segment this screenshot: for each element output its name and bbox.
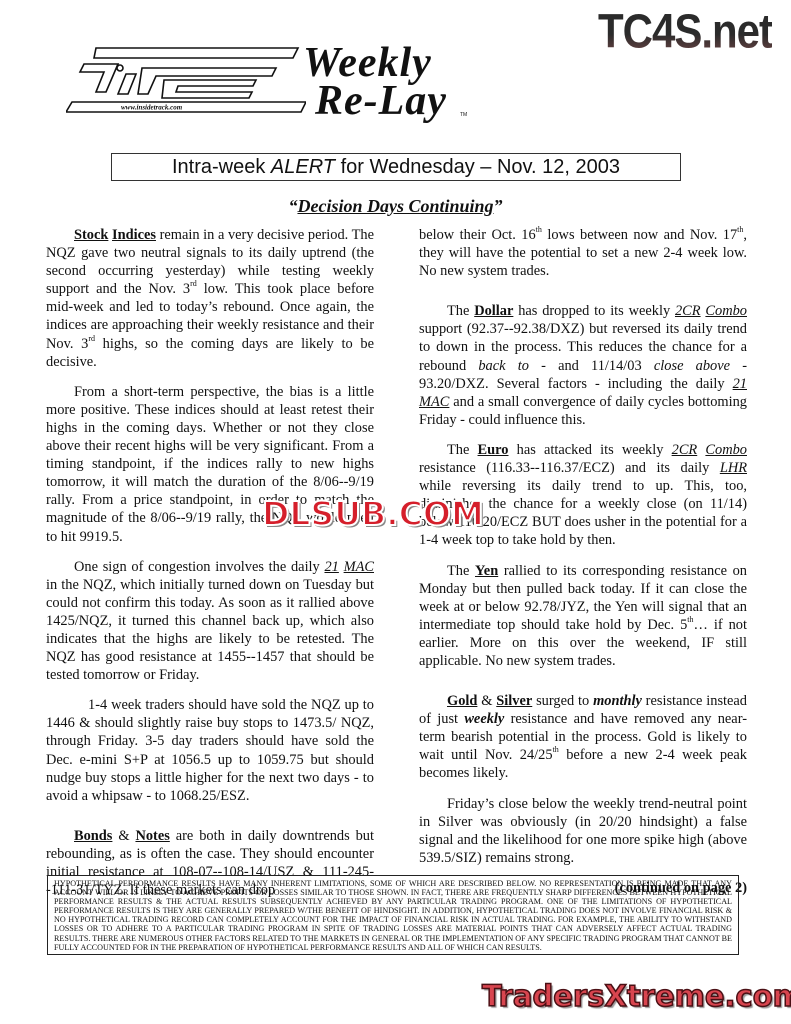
text-back-to: back to <box>478 358 529 374</box>
bonds-continued-paragraph: below their Oct. 16th lows between now a… <box>419 226 747 280</box>
superscript: rd <box>88 334 95 343</box>
logo-url-text: www.insidetrack.com <box>121 104 183 112</box>
headline-close-quote: ” <box>494 196 503 216</box>
brand-relay: Re-Lay <box>315 80 447 122</box>
alert-prefix: Intra-week <box>172 156 271 178</box>
text: The <box>447 563 475 579</box>
tradersxtreme-watermark: TradersXtreme.com <box>482 979 791 1013</box>
superscript: rd <box>190 279 197 288</box>
yen-paragraph: The Yen rallied to its corresponding res… <box>419 562 747 671</box>
headline: “Decision Days Continuing” <box>0 196 791 217</box>
headline-text: Decision Days Continuing <box>297 196 493 216</box>
keyword-2cr: 2CR <box>675 303 701 319</box>
text: in the NQZ, which initially turned down … <box>46 577 374 683</box>
text-weekly: weekly <box>464 711 504 727</box>
text: below their Oct. 16 <box>419 227 536 243</box>
text: has attacked its weekly <box>508 442 671 458</box>
stock-indices-paragraph: Stock Indices remain in a very decisive … <box>46 226 374 371</box>
text: The <box>447 442 478 458</box>
traders-paragraph: 1-4 week traders should have sold the NQ… <box>46 696 374 805</box>
trademark-mark: TM <box>460 112 467 118</box>
text: One sign of congestion involves the dail… <box>74 559 324 575</box>
text: resistance (116.33--116.37/ECZ) and its … <box>419 460 720 476</box>
text: The <box>447 303 474 319</box>
text: - and 11/14/03 <box>529 358 654 374</box>
congestion-paragraph: One sign of congestion involves the dail… <box>46 558 374 685</box>
text: lows between now and Nov. 17 <box>542 227 737 243</box>
left-column: Stock Indices remain in a very decisive … <box>46 226 374 911</box>
text: surged to <box>532 693 593 709</box>
text: & <box>477 693 496 709</box>
right-column: below their Oct. 16th lows between now a… <box>419 226 747 897</box>
gold-silver-paragraph: Gold & Silver surged to monthly resistan… <box>419 692 747 782</box>
silver-paragraph: Friday’s close below the weekly trend-ne… <box>419 795 747 867</box>
keyword-euro: Euro <box>478 442 509 458</box>
alert-title-box: Intra-week ALERT for Wednesday – Nov. 12… <box>111 153 681 181</box>
keyword-notes: Notes <box>135 828 169 844</box>
text: and a small convergence of daily cycles … <box>419 394 747 428</box>
tc4s-watermark: TC4S.net <box>598 4 772 59</box>
dollar-paragraph: The Dollar has dropped to its weekly 2CR… <box>419 302 747 429</box>
keyword-21: 21 <box>733 376 747 392</box>
insidetrack-logo: www.insidetrack.com <box>66 46 306 116</box>
alert-word: ALERT <box>271 156 335 178</box>
keyword-yen: Yen <box>475 563 498 579</box>
keyword-2cr: 2CR <box>672 442 698 458</box>
keyword-dollar: Dollar <box>474 303 513 319</box>
text-close-above: close above <box>654 358 730 374</box>
keyword-silver: Silver <box>496 693 532 709</box>
keyword-stock: Stock <box>74 227 108 243</box>
keyword-mac: MAC <box>419 394 449 410</box>
text: has dropped to its weekly <box>513 303 675 319</box>
keyword-indices: Indices <box>112 227 156 243</box>
keyword-lhr: LHR <box>720 460 747 476</box>
keyword-combo: Combo <box>705 442 747 458</box>
keyword-bonds: Bonds <box>74 828 112 844</box>
keyword-mac: MAC <box>344 559 374 575</box>
text: highs, so the coming days are likely to … <box>46 336 374 370</box>
hypothetical-performance-disclaimer: HYPOTHETICAL PERFORMANCE RESULTS HAVE MA… <box>47 875 739 955</box>
text-monthly: monthly <box>593 693 642 709</box>
keyword-21: 21 <box>324 559 338 575</box>
text: & <box>112 828 135 844</box>
keyword-combo: Combo <box>705 303 747 319</box>
alert-suffix: for Wednesday – Nov. 12, 2003 <box>335 156 620 178</box>
dlsub-watermark: DLSUB.COM <box>262 494 484 533</box>
keyword-gold: Gold <box>447 693 477 709</box>
